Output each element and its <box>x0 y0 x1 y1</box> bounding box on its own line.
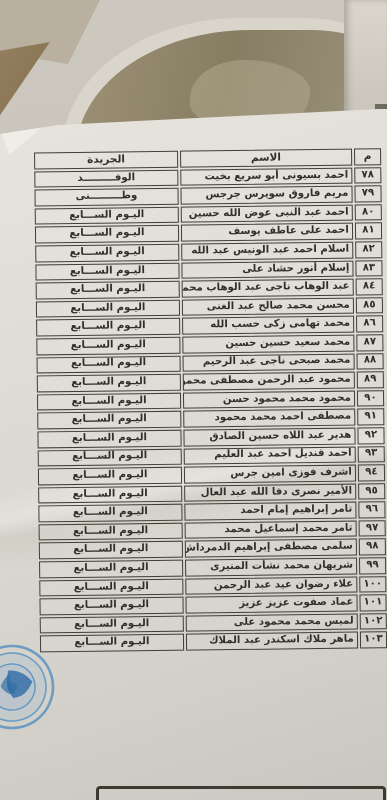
newspaper-cell: اليـوم الســـابع <box>39 597 183 615</box>
paper-sheet: م الاسم الجريدة ٧٨احمد بسيونى أبو سريع ب… <box>0 0 387 800</box>
newspaper-cell: اليـوم الســـابع <box>36 318 180 336</box>
table-row: ٧٩مريم فاروق سويرس جرجسوطـــــــــنى <box>34 185 381 206</box>
name-cell: علاء رضوان عيد عبد الرحمن <box>185 576 357 595</box>
table-row: ٨٩محمود عبد الرحمن مصطفى محموداليـوم الس… <box>37 371 384 392</box>
row-number-cell: ١٠٠ <box>359 576 386 593</box>
table-header-row: م الاسم الجريدة <box>34 148 381 169</box>
row-number-cell: ٩٢ <box>357 427 384 444</box>
header-name: الاسم <box>180 149 352 168</box>
table-row: ٨٦محمد تهامى زكى حسب اللهاليـوم الســـاب… <box>36 316 383 337</box>
newspaper-cell: اليـوم الســـابع <box>38 485 182 503</box>
newspaper-cell: اليـوم الســـابع <box>39 560 183 578</box>
name-cell: محمد صبحى ناجى عبد الرحيم <box>182 353 354 372</box>
header-newspaper: الجريدة <box>34 151 178 169</box>
newspaper-cell: اليـوم الســـابع <box>37 430 181 448</box>
table-row: ١٠١عماد صفوت عزيز عزيزاليـوم الســـابع <box>39 594 386 615</box>
table-row: ٨٧محمد سعيد حسين حسيناليـوم الســـابع <box>36 334 383 355</box>
name-cell: احمد على عاطف يوسف <box>181 223 353 242</box>
newspaper-cell: اليـوم الســـابع <box>37 392 181 410</box>
newspaper-cell: اليـوم الســـابع <box>39 523 183 541</box>
newspaper-cell: اليـوم الســـابع <box>37 355 181 373</box>
newspaper-cell: اليـوم الســـابع <box>35 206 179 224</box>
newspaper-cell: اليـوم الســـابع <box>38 448 182 466</box>
name-cell: سلمى مصطفى إبراهيم الدمرداش <box>185 539 357 558</box>
name-cell: شريهان محمد نشأت المنيرى <box>185 558 357 577</box>
table-row: ٩٠محمود محمد محمود حسناليـوم الســـابع <box>37 390 384 411</box>
table-row: ١٠٣ماهر ملاك اسكندر عبد الملاكاليـوم الس… <box>40 632 387 653</box>
row-number-cell: ٨٨ <box>356 353 383 370</box>
row-number-cell: ٩٤ <box>358 464 385 481</box>
table-row: ٨٥محسن محمد صالح عبد الغنىاليـوم الســـا… <box>36 297 383 318</box>
row-number-cell: ٩٥ <box>358 483 385 500</box>
name-cell: تامر محمد إسماعيل محمد <box>184 520 356 539</box>
newspaper-cell: اليـوم الســـابع <box>39 578 183 596</box>
newspaper-cell: الوفـــــــــد <box>34 169 178 187</box>
row-number-cell: ٨٢ <box>355 241 382 258</box>
name-cell: محسن محمد صالح عبد الغنى <box>182 297 354 316</box>
row-number-cell: ٩٩ <box>359 557 386 574</box>
name-cell: مريم فاروق سويرس جرجس <box>180 186 352 205</box>
table-row: ٩٦تامر إبراهيم إمام احمداليـوم الســـابع <box>38 501 385 522</box>
name-cell: عبد الوهاب ناجى عبد الوهاب محمد <box>181 279 353 298</box>
name-cell: احمد بسيونى أبو سريع بخيت <box>180 167 352 186</box>
name-cell: هدير عبد اللاه حسين الصادق <box>183 427 355 446</box>
newspaper-cell: اليـوم الســـابع <box>38 504 182 522</box>
name-cell: اسلام احمد عبد الونيس عبد الله <box>181 242 353 261</box>
newspaper-cell: اليـوم الســـابع <box>40 634 184 652</box>
row-number-cell: ١٠٢ <box>360 613 387 630</box>
newspaper-cell: وطـــــــــنى <box>34 188 178 206</box>
name-cell: مصطفى احمد محمد محمود <box>183 409 355 428</box>
names-table-container: م الاسم الجريدة ٧٨احمد بسيونى أبو سريع ب… <box>32 146 387 654</box>
table-row: ٩٥الأمير نصرى دفا الله عبد العالاليـوم ا… <box>38 483 385 504</box>
table-row: ٨٢اسلام احمد عبد الونيس عبد اللهاليـوم ا… <box>35 241 382 262</box>
table-body: ٧٨احمد بسيونى أبو سريع بخيتالوفـــــــــ… <box>34 167 387 653</box>
table-row: ٨١احمد على عاطف يوسفاليـوم الســـابع <box>35 223 382 244</box>
newspaper-cell: اليـوم الســـابع <box>35 244 179 262</box>
table-row: ٨٤عبد الوهاب ناجى عبد الوهاب محمداليـوم … <box>36 278 383 299</box>
name-cell: محمد سعيد حسين حسين <box>182 335 354 354</box>
row-number-cell: ٨٤ <box>355 278 382 295</box>
name-cell: محمد تهامى زكى حسب الله <box>182 316 354 335</box>
name-cell: عماد صفوت عزيز عزيز <box>185 595 357 614</box>
name-cell: احمد قنديل احمد عبد العليم <box>183 446 355 465</box>
row-number-cell: ٩٦ <box>358 501 385 518</box>
newspaper-cell: اليـوم الســـابع <box>37 374 181 392</box>
table-row: ٩١مصطفى احمد محمد محموداليـوم الســـابع <box>37 409 384 430</box>
newspaper-cell: اليـوم الســـابع <box>35 262 179 280</box>
newspaper-cell: اليـوم الســـابع <box>36 337 180 355</box>
table-row: ١٠٢لميس محمد محمود علىاليـوم الســـابع <box>40 613 387 634</box>
header-number: م <box>354 148 381 165</box>
table-row: ٨٠احمد عبد النبى عوض الله حسيناليـوم الس… <box>35 204 382 225</box>
newspaper-cell: اليـوم الســـابع <box>38 467 182 485</box>
row-number-cell: ١٠١ <box>359 594 386 611</box>
name-cell: ماهر ملاك اسكندر عبد الملاك <box>186 632 358 651</box>
row-number-cell: ٨٧ <box>356 334 383 351</box>
newspaper-cell: اليـوم الســـابع <box>36 281 180 299</box>
name-cell: محمود عبد الرحمن مصطفى محمود <box>183 372 355 391</box>
names-table: م الاسم الجريدة ٧٨احمد بسيونى أبو سريع ب… <box>32 146 387 654</box>
table-row: ٩٩شريهان محمد نشأت المنيرىاليـوم الســـا… <box>39 557 386 578</box>
row-number-cell: ١٠٣ <box>360 632 387 649</box>
row-number-cell: ٨٣ <box>355 260 382 277</box>
name-cell: احمد عبد النبى عوض الله حسين <box>181 204 353 223</box>
table-row: ١٠٠علاء رضوان عيد عبد الرحمناليـوم الســ… <box>39 576 386 597</box>
table-row: ٩٤اشرف فوزى امين جرساليـوم الســـابع <box>38 464 385 485</box>
lower-table-frame <box>96 786 386 800</box>
row-number-cell: ٩٠ <box>357 390 384 407</box>
row-number-cell: ٩١ <box>357 409 384 426</box>
table-row: ٩٧تامر محمد إسماعيل محمداليـوم الســـابع <box>39 520 386 541</box>
name-cell: محمود محمد محمود حسن <box>183 390 355 409</box>
table-row: ٩٢هدير عبد اللاه حسين الصادقاليـوم الســ… <box>37 427 384 448</box>
wall-pillar <box>344 0 387 120</box>
newspaper-cell: اليـوم الســـابع <box>35 225 179 243</box>
row-number-cell: ٩٣ <box>357 446 384 463</box>
newspaper-cell: اليـوم الســـابع <box>39 541 183 559</box>
name-cell: إسلام أنور حشاد على <box>181 260 353 279</box>
table-row: ٧٨احمد بسيونى أبو سريع بخيتالوفـــــــــ… <box>34 167 381 188</box>
row-number-cell: ٨٦ <box>356 316 383 333</box>
row-number-cell: ٨٠ <box>355 204 382 221</box>
row-number-cell: ٨٩ <box>357 371 384 388</box>
table-row: ٨٣إسلام أنور حشاد علىاليـوم الســـابع <box>35 260 382 281</box>
name-cell: الأمير نصرى دفا الله عبد العال <box>184 483 356 502</box>
table-row: ٨٨محمد صبحى ناجى عبد الرحيماليـوم الســـ… <box>37 353 384 374</box>
row-number-cell: ٧٨ <box>354 167 381 184</box>
newspaper-cell: اليـوم الســـابع <box>36 299 180 317</box>
newspaper-cell: اليـوم الســـابع <box>37 411 181 429</box>
newspaper-cell: اليـوم الســـابع <box>40 616 184 634</box>
row-number-cell: ٩٧ <box>358 520 385 537</box>
photo-scene: م الاسم الجريدة ٧٨احمد بسيونى أبو سريع ب… <box>0 0 387 800</box>
row-number-cell: ٨٥ <box>356 297 383 314</box>
name-cell: تامر إبراهيم إمام احمد <box>184 502 356 521</box>
table-row: ٩٣احمد قنديل احمد عبد العليماليـوم الســ… <box>38 446 385 467</box>
row-number-cell: ٨١ <box>355 223 382 240</box>
name-cell: اشرف فوزى امين جرس <box>184 465 356 484</box>
row-number-cell: ٧٩ <box>354 185 381 202</box>
name-cell: لميس محمد محمود على <box>186 613 358 632</box>
row-number-cell: ٩٨ <box>359 539 386 556</box>
table-row: ٩٨سلمى مصطفى إبراهيم الدمرداشاليـوم السـ… <box>39 539 386 560</box>
